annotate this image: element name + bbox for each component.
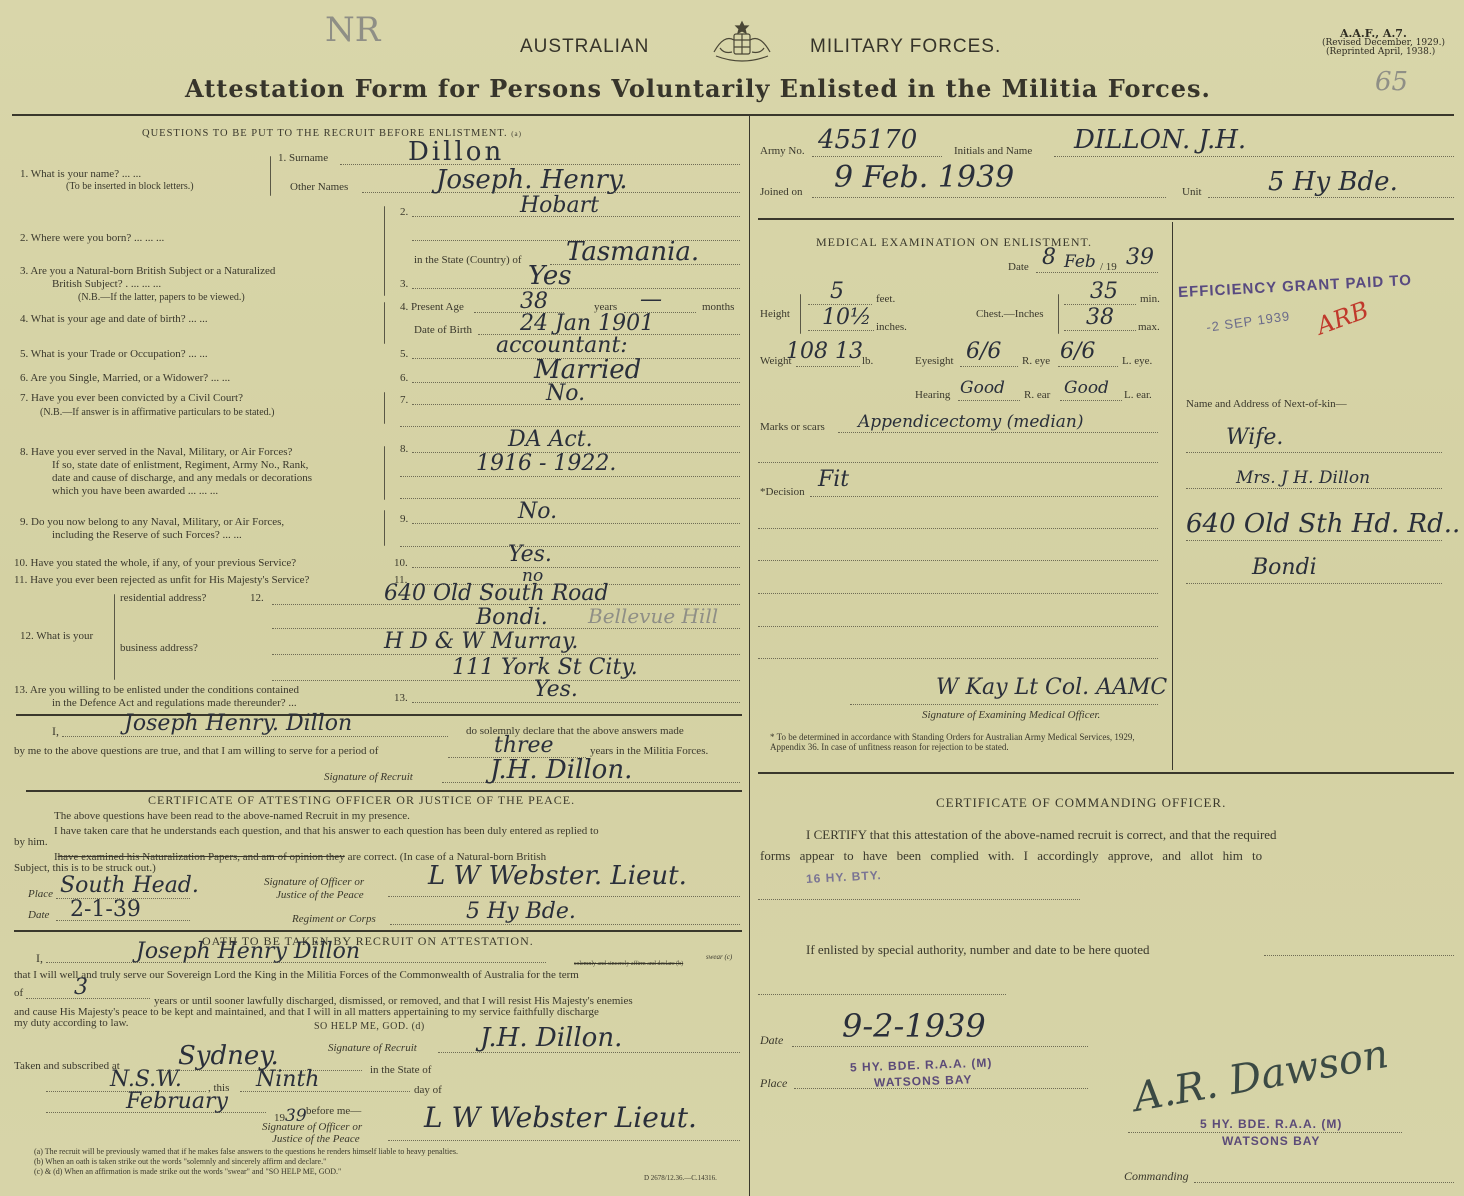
weight-line <box>796 366 860 367</box>
co-text-1: I CERTIFY that this attestation of the a… <box>806 828 1277 841</box>
date-label: Date <box>28 909 49 922</box>
section-rule <box>26 790 742 792</box>
weight-unit: lb. <box>862 355 873 368</box>
efficiency-grant-stamp: EFFICIENCY GRANT PAID TO <box>1178 272 1413 301</box>
answer-12-number: 12. <box>250 592 264 605</box>
question-8-line-2: If so, state date of enlistment, Regimen… <box>52 459 308 472</box>
answer-9-number: 9. <box>400 513 408 526</box>
joined-line <box>812 197 1166 198</box>
medical-divider <box>1172 222 1173 770</box>
willing-line <box>412 702 740 703</box>
co-signature-line <box>1128 1132 1402 1133</box>
r-eye-line <box>960 366 1018 367</box>
oath-swear: swear (c) <box>706 951 732 964</box>
question-9-line-2: including the Reserve of such Forces? ..… <box>52 529 242 542</box>
nok-field-3[interactable]: 640 Old Sth Hd. Rd.. <box>1186 512 1460 536</box>
oath-day-field[interactable]: Ninth <box>256 1068 319 1092</box>
footnote-c: (c) & (d) When an affirmation is made st… <box>34 1167 341 1176</box>
special-authority-line <box>1264 955 1454 956</box>
before-me-label: before me— <box>306 1105 361 1118</box>
inches-label: inches. <box>876 321 907 334</box>
other-names-field[interactable]: Joseph. Henry. <box>436 168 627 192</box>
question-11: 11. Have you ever been rejected as unfit… <box>14 574 309 587</box>
res-address-field-1[interactable]: 640 Old South Road <box>384 582 609 606</box>
hearing-label: Hearing <box>915 389 950 402</box>
footnote-b: (b) When an oath is taken strike out the… <box>34 1157 326 1166</box>
decision-line-3 <box>758 560 1158 561</box>
decision-label: *Decision <box>760 486 805 499</box>
question-12: 12. What is your <box>20 630 93 643</box>
other-names-label: Other Names <box>290 181 348 194</box>
attesting-officer-signature[interactable]: L W Webster. Lieut. <box>428 864 687 888</box>
convicted-field[interactable]: No. <box>546 382 585 406</box>
marks-line-2 <box>758 462 1158 463</box>
state-label: in the State (Country) of <box>414 254 522 267</box>
special-authority-line-2 <box>758 994 1006 995</box>
marks-label: Marks or scars <box>760 421 825 434</box>
british-subject-line <box>412 288 740 289</box>
decision-line-5 <box>758 626 1158 627</box>
co-stamp-1: 5 HY. BDE. R.A.A. (M) <box>1200 1117 1342 1131</box>
surname-field[interactable]: Dillon <box>408 140 504 164</box>
efficiency-date-stamp: -2 SEP 1939 <box>1205 308 1291 335</box>
oath-line-1: that I will well and truly serve our Sov… <box>14 969 579 982</box>
nok-line-1 <box>1186 452 1442 453</box>
birthplace-field[interactable]: Hobart <box>520 194 599 218</box>
answer-8-number: 8. <box>400 443 408 456</box>
answer-7-number: 7. <box>400 394 408 407</box>
recruit-signature-label: Signature of Recruit <box>324 771 413 784</box>
coat-of-arms-icon <box>706 18 778 66</box>
question-13: 13. Are you willing to be enlisted under… <box>14 684 299 697</box>
section-rule <box>14 930 742 932</box>
regiment-label: Regiment or Corps <box>292 913 376 926</box>
question-7: 7. Have you ever been convicted by a Civ… <box>20 392 243 405</box>
red-initials: ARB <box>1313 298 1371 339</box>
pencil-mark-65: 65 <box>1375 70 1408 94</box>
co-heading: CERTIFICATE OF COMMANDING OFFICER. <box>936 796 1226 809</box>
willing-field[interactable]: Yes. <box>534 678 578 702</box>
served-line-2 <box>400 476 740 477</box>
allotted-unit-stamp: 16 HY. BTY. <box>806 868 882 886</box>
brace <box>800 294 801 334</box>
bus-address-field-1[interactable]: H D & W Murray. <box>384 630 578 654</box>
question-10: 10. Have you stated the whole, if any, o… <box>14 557 296 570</box>
initials-name-field[interactable]: DILLON. J.H. <box>1074 128 1246 152</box>
brace <box>1058 294 1059 334</box>
brace <box>114 594 115 680</box>
r-ear-label: R. ear <box>1024 389 1050 402</box>
attest-place-field[interactable]: South Head. <box>60 874 199 898</box>
co-text-2: forms appear to have been complied with.… <box>760 849 1262 862</box>
oath-name-field[interactable]: Joseph Henry Dillon <box>136 940 360 964</box>
unit-line <box>1208 197 1454 198</box>
co-place-label: Place <box>760 1077 787 1090</box>
oath-officer-signature[interactable]: L W Webster Lieut. <box>424 1106 697 1130</box>
oath-month-field[interactable]: February <box>126 1090 228 1114</box>
header-australian: AUSTRALIAN <box>520 36 649 58</box>
medical-note: * To be determined in accordance with St… <box>770 732 1162 752</box>
regiment-field[interactable]: 5 Hy Bde. <box>466 900 576 924</box>
footnote-a: (a) The recruit will be previously warne… <box>34 1147 458 1156</box>
special-authority-label: If enlisted by special authority, number… <box>806 943 1150 956</box>
r-eye-label: R. eye <box>1022 355 1050 368</box>
question-9: 9. Do you now belong to any Naval, Milit… <box>20 516 284 529</box>
question-3: 3. Are you a Natural-born British Subjec… <box>20 265 275 278</box>
bus-address-line-2 <box>272 680 740 681</box>
initials-line <box>1054 156 1454 157</box>
l-eye-label: L. eye. <box>1122 355 1152 368</box>
question-7-note: (N.B.—If answer is in affirmative partic… <box>40 406 274 419</box>
joined-label: Joined on <box>760 186 802 199</box>
oath-recruit-signature[interactable]: J.H. Dillon. <box>480 1026 622 1050</box>
unit-field[interactable]: 5 Hy Bde. <box>1268 170 1398 194</box>
present-age-label: 4. Present Age <box>400 301 464 314</box>
eyesight-label: Eyesight <box>915 355 954 368</box>
question-8-line-3: date and cause of discharge, and any med… <box>52 472 312 485</box>
oath-of: of <box>14 987 23 1000</box>
oath-recruit-sig-label: Signature of Recruit <box>328 1042 417 1055</box>
mo-signature-label: Signature of Examining Medical Officer. <box>922 709 1100 722</box>
medical-date-year[interactable]: 39 <box>1126 246 1154 270</box>
state-of-label: in the State of <box>370 1064 431 1077</box>
chest-max-line <box>1064 330 1136 331</box>
r-ear-field[interactable]: Good <box>960 376 1005 400</box>
brace <box>384 302 385 344</box>
r-eye-field[interactable]: 6/6 <box>966 340 1001 364</box>
unit-label: Unit <box>1182 186 1202 199</box>
question-3-note: (N.B.—If the latter, papers to be viewed… <box>78 291 245 304</box>
oath-struck-words: solemnly and sincerely affirm and declar… <box>574 958 683 971</box>
stated-line <box>412 567 740 568</box>
decision-line-6 <box>758 658 1158 659</box>
print-code: D 2678/12.36.—C.14316. <box>644 1172 717 1185</box>
chest-min-label: min. <box>1140 293 1160 306</box>
decision-line-4 <box>758 593 1158 594</box>
nok-field-1[interactable]: Wife. <box>1226 426 1283 450</box>
brace <box>384 206 385 296</box>
officer-sig-line <box>388 896 740 897</box>
attestation-form: NR AUSTRALIAN MILITARY FORCES. Attestati… <box>0 0 1464 1196</box>
army-no-field[interactable]: 455170 <box>818 128 917 152</box>
business-label: business address? <box>120 642 198 655</box>
belong-line <box>412 523 740 524</box>
recruit-signature[interactable]: J.H. Dillon. <box>490 758 632 782</box>
joined-field[interactable]: 9 Feb. 1939 <box>834 166 1014 190</box>
co-date-field[interactable]: 9-2-1939 <box>842 1014 986 1038</box>
header-military-forces: MILITARY FORCES. <box>810 36 1001 58</box>
header-rule <box>12 114 1454 116</box>
section-rule <box>758 218 1454 220</box>
nok-line-4 <box>1186 583 1442 584</box>
british-subject-field[interactable]: Yes <box>528 264 572 288</box>
declaration-name-field[interactable]: Joseph Henry. Dillon <box>124 712 352 736</box>
co-stamp-2: WATSONS BAY <box>1222 1134 1320 1148</box>
decision-field[interactable]: Fit <box>818 468 849 492</box>
medical-date-month[interactable]: Feb <box>1064 250 1096 274</box>
term-line <box>26 998 150 999</box>
served-field-1[interactable]: DA Act. <box>508 428 593 452</box>
decision-line <box>810 496 1158 497</box>
served-line-3 <box>400 498 740 499</box>
l-eye-line <box>1058 366 1118 367</box>
marks-field[interactable]: Appendicectomy (median) <box>858 410 1084 434</box>
answer-13-number: 13. <box>394 692 408 705</box>
officer-sig-label-1: Signature of Officer or <box>264 876 364 889</box>
allot-line <box>758 899 1080 900</box>
question-4: 4. What is your age and date of birth? .… <box>20 313 208 326</box>
l-ear-field[interactable]: Good <box>1064 376 1109 400</box>
res-address-field-2[interactable]: Bondi. <box>476 606 548 630</box>
co-signature[interactable]: A.R. Dawson <box>1132 1042 1390 1110</box>
oath-term-field[interactable]: 3 <box>74 976 88 1000</box>
taken-at-field[interactable]: Sydney. <box>178 1044 279 1068</box>
co-date-label: Date <box>760 1034 783 1047</box>
attesting-line-2: I have taken care that he understands ea… <box>54 825 599 838</box>
belong-line-2 <box>400 546 740 547</box>
belong-field[interactable]: No. <box>518 500 557 524</box>
question-1-note: (To be inserted in block letters.) <box>66 180 194 193</box>
declaration-prefix: I, <box>52 725 59 738</box>
brace <box>384 446 385 500</box>
nok-field-2[interactable]: Mrs. J H. Dillon <box>1236 466 1370 490</box>
residential-label: residential address? <box>120 592 206 605</box>
res-address-pencil: Bellevue Hill <box>588 604 718 628</box>
answer-3-number: 3. <box>400 278 408 291</box>
height-feet-field[interactable]: 5 <box>830 280 844 304</box>
declaration-text-2: by me to the above questions are true, a… <box>14 745 378 758</box>
center-divider <box>749 116 750 1196</box>
oath-officer-line <box>388 1140 740 1141</box>
brace <box>384 510 385 546</box>
nok-line-3 <box>1186 540 1442 541</box>
army-no-label: Army No. <box>760 145 805 158</box>
state-field[interactable]: Tasmania. <box>566 240 699 264</box>
question-8: 8. Have you ever served in the Naval, Mi… <box>20 446 292 459</box>
answer-5-number: 5. <box>400 348 408 361</box>
pencil-mark-nr: NR <box>325 18 380 42</box>
l-ear-line <box>1060 400 1122 401</box>
height-label: Height <box>760 308 790 321</box>
attesting-line-1: The above questions have been read to th… <box>54 810 410 823</box>
age-months-field[interactable]: — <box>640 288 662 312</box>
attest-date-field[interactable]: 2-1-39 <box>70 898 141 922</box>
oath-line-4: my duty according to law. <box>14 1017 128 1030</box>
co-date-line <box>792 1046 1088 1047</box>
taken-label: Taken and subscribed at <box>14 1060 120 1073</box>
attesting-line-2b: by him. <box>14 836 48 849</box>
medical-date-label: Date <box>1008 261 1029 274</box>
brace <box>384 392 385 424</box>
chest-max-field[interactable]: 38 <box>1086 306 1114 330</box>
medical-date-line <box>1036 272 1158 273</box>
inches-line <box>808 330 874 331</box>
l-eye-field[interactable]: 6/6 <box>1060 340 1095 364</box>
declaration-name-line <box>62 736 448 737</box>
form-title: Attestation Form for Persons Voluntarily… <box>185 74 1211 103</box>
surname-label: 1. Surname <box>278 152 328 165</box>
next-of-kin-label: Name and Address of Next-of-kin— <box>1186 398 1347 411</box>
attesting-heading: CERTIFICATE OF ATTESTING OFFICER OR JUST… <box>148 794 575 807</box>
question-13-line-2: in the Defence Act and regulations made … <box>52 697 297 710</box>
army-no-line <box>812 156 942 157</box>
medical-date-year-prefix: / 19 <box>1100 261 1117 274</box>
so-help-me-god: SO HELP ME, GOD. (d) <box>314 1020 425 1033</box>
commanding-line <box>1194 1182 1454 1183</box>
decision-line-2 <box>758 528 1158 529</box>
question-5: 5. What is your Trade or Occupation? ...… <box>20 348 208 361</box>
months-label: months <box>702 301 734 314</box>
medical-date-day[interactable]: 8 <box>1042 246 1056 270</box>
oath-officer-label-2: Justice of the Peace <box>272 1133 360 1146</box>
oath-prefix: I, <box>36 952 43 965</box>
question-3-line-2: British Subject? . ... ... ... <box>52 278 161 291</box>
weight-field[interactable]: 108 13 <box>786 340 863 364</box>
chest-max-label: max. <box>1138 321 1160 334</box>
section-rule <box>758 772 1454 774</box>
medical-officer-signature[interactable]: W Kay Lt Col. AAMC <box>936 676 1167 700</box>
regiment-line <box>390 924 740 925</box>
l-ear-label: L. ear. <box>1124 389 1152 402</box>
officer-sig-label-2: Justice of the Peace <box>276 889 364 902</box>
answer-6-number: 6. <box>400 372 408 385</box>
mo-signature-line <box>850 704 1158 705</box>
r-ear-line <box>958 400 1020 401</box>
feet-label: feet. <box>876 293 895 306</box>
commanding-label: Commanding <box>1124 1170 1189 1183</box>
co-place-line <box>794 1088 1088 1089</box>
initials-label: Initials and Name <box>954 145 1032 158</box>
answer-10-number: 10. <box>394 557 408 570</box>
answer-2-number: 2. <box>400 206 408 219</box>
question-8-line-4: which you have been awarded ... ... ... <box>52 485 218 498</box>
day-of-label: day of <box>414 1084 442 1097</box>
dob-label: Date of Birth <box>414 324 472 337</box>
place-label: Place <box>28 888 53 901</box>
chest-min-field[interactable]: 35 <box>1090 280 1118 304</box>
marital-field[interactable]: Married <box>534 358 641 382</box>
form-reprinted: (Reprinted April, 1938.) <box>1326 47 1435 57</box>
chest-label: Chest.—Inches <box>976 308 1044 321</box>
served-field-2[interactable]: 1916 - 1922. <box>476 452 616 476</box>
height-inches-field[interactable]: 10½ <box>822 306 871 330</box>
question-2: 2. Where were you born? ... ... ... <box>20 232 164 245</box>
question-6: 6. Are you Single, Married, or a Widower… <box>20 372 230 385</box>
brace <box>270 156 271 196</box>
nok-field-4[interactable]: Bondi <box>1252 556 1317 580</box>
